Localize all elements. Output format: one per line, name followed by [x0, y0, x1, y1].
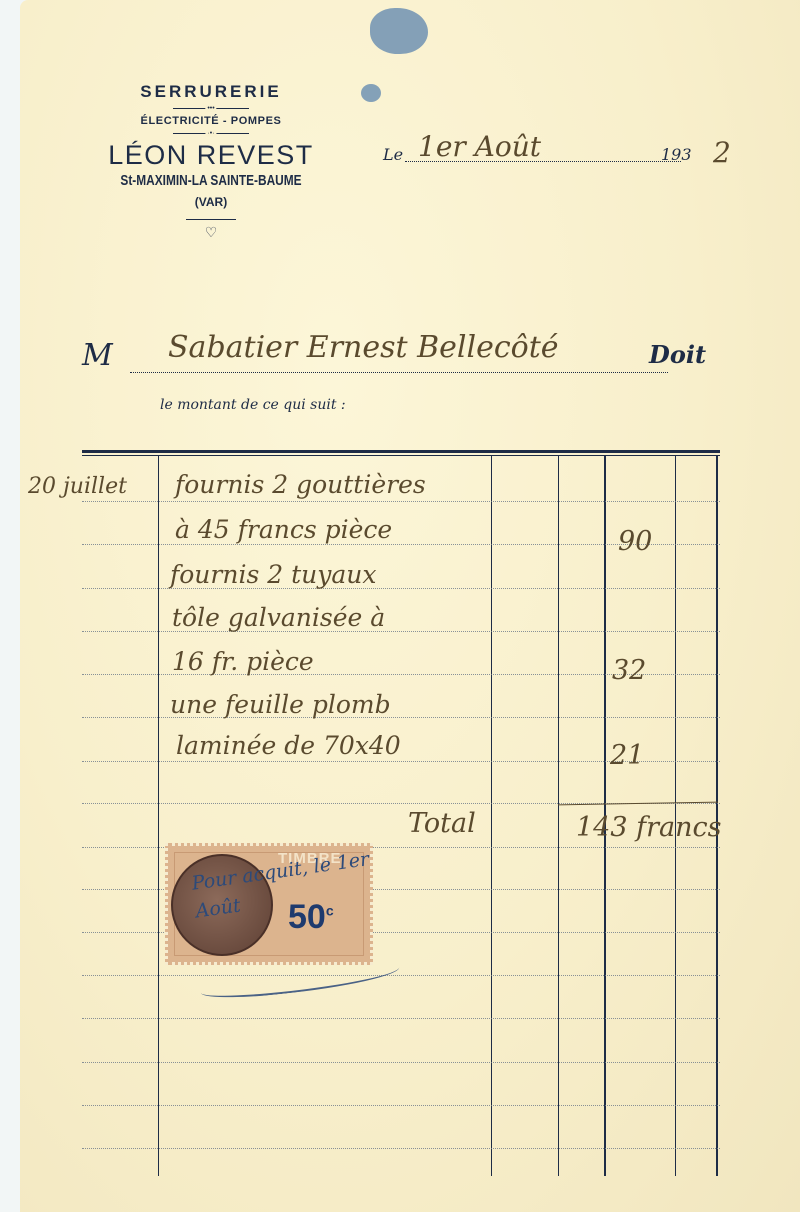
- date-handwritten: 1er Août: [418, 130, 541, 163]
- row-rule: [82, 975, 720, 976]
- column-rule-desc: [491, 456, 492, 1176]
- row-rule: [82, 1062, 720, 1063]
- montant-label: le montant de ce qui suit :: [160, 397, 346, 413]
- column-rule-date: [158, 456, 159, 1176]
- divider: [186, 219, 236, 220]
- divider: ·•·: [173, 133, 249, 134]
- line-item-amount: 90: [618, 526, 652, 557]
- table-top-rule: [82, 450, 720, 453]
- proprietor-name: LÉON REVEST: [80, 140, 342, 171]
- line-item-text: une feuille plomb: [170, 690, 391, 719]
- ink-blot-small: [361, 84, 381, 102]
- addressee-prefix: M: [82, 338, 113, 373]
- line-item-text: tôle galvanisée à: [172, 603, 385, 632]
- line-item-text: fournis 2 tuyaux: [170, 560, 376, 589]
- addressee-name: Sabatier Ernest Bellecôté: [168, 330, 559, 365]
- year-printed: 193: [661, 145, 692, 164]
- divider: •••: [173, 108, 249, 109]
- trade-title: SERRURERIE: [80, 82, 342, 102]
- town-line: St-MAXIMIN-LA SAINTE-BAUME: [104, 173, 319, 189]
- services-line: ÉLECTRICITÉ - POMPES: [80, 115, 342, 127]
- total-value: 143 francs: [576, 812, 721, 843]
- letterhead: SERRURERIE ••• ÉLECTRICITÉ - POMPES ·•· …: [80, 78, 342, 241]
- entry-date: 20 juillet: [28, 474, 127, 499]
- line-item-amount: 32: [612, 655, 646, 686]
- year-digit-handwritten: 2: [713, 136, 731, 169]
- line-item-text: laminée de 70x40: [176, 731, 401, 760]
- doit-label: Doit: [649, 340, 706, 369]
- line-item-text: à 45 francs pièce: [175, 515, 392, 544]
- row-rule: [82, 1105, 720, 1106]
- ornament-icon: ♡: [80, 224, 342, 241]
- row-rule: [82, 501, 720, 502]
- line-item-text: fournis 2 gouttières: [175, 470, 426, 499]
- date-prefix: Le: [383, 145, 403, 164]
- addressee-dotted-line: [130, 372, 668, 373]
- row-rule: [82, 1148, 720, 1149]
- table-top-rule-thin: [82, 455, 720, 456]
- line-item-text: 16 fr. pièce: [172, 647, 314, 676]
- line-item-amount: 21: [610, 740, 644, 771]
- total-label: Total: [408, 808, 476, 839]
- ink-blot: [370, 8, 428, 54]
- column-rule-a: [558, 456, 559, 1176]
- department: (VAR): [80, 195, 342, 209]
- row-rule: [82, 1018, 720, 1019]
